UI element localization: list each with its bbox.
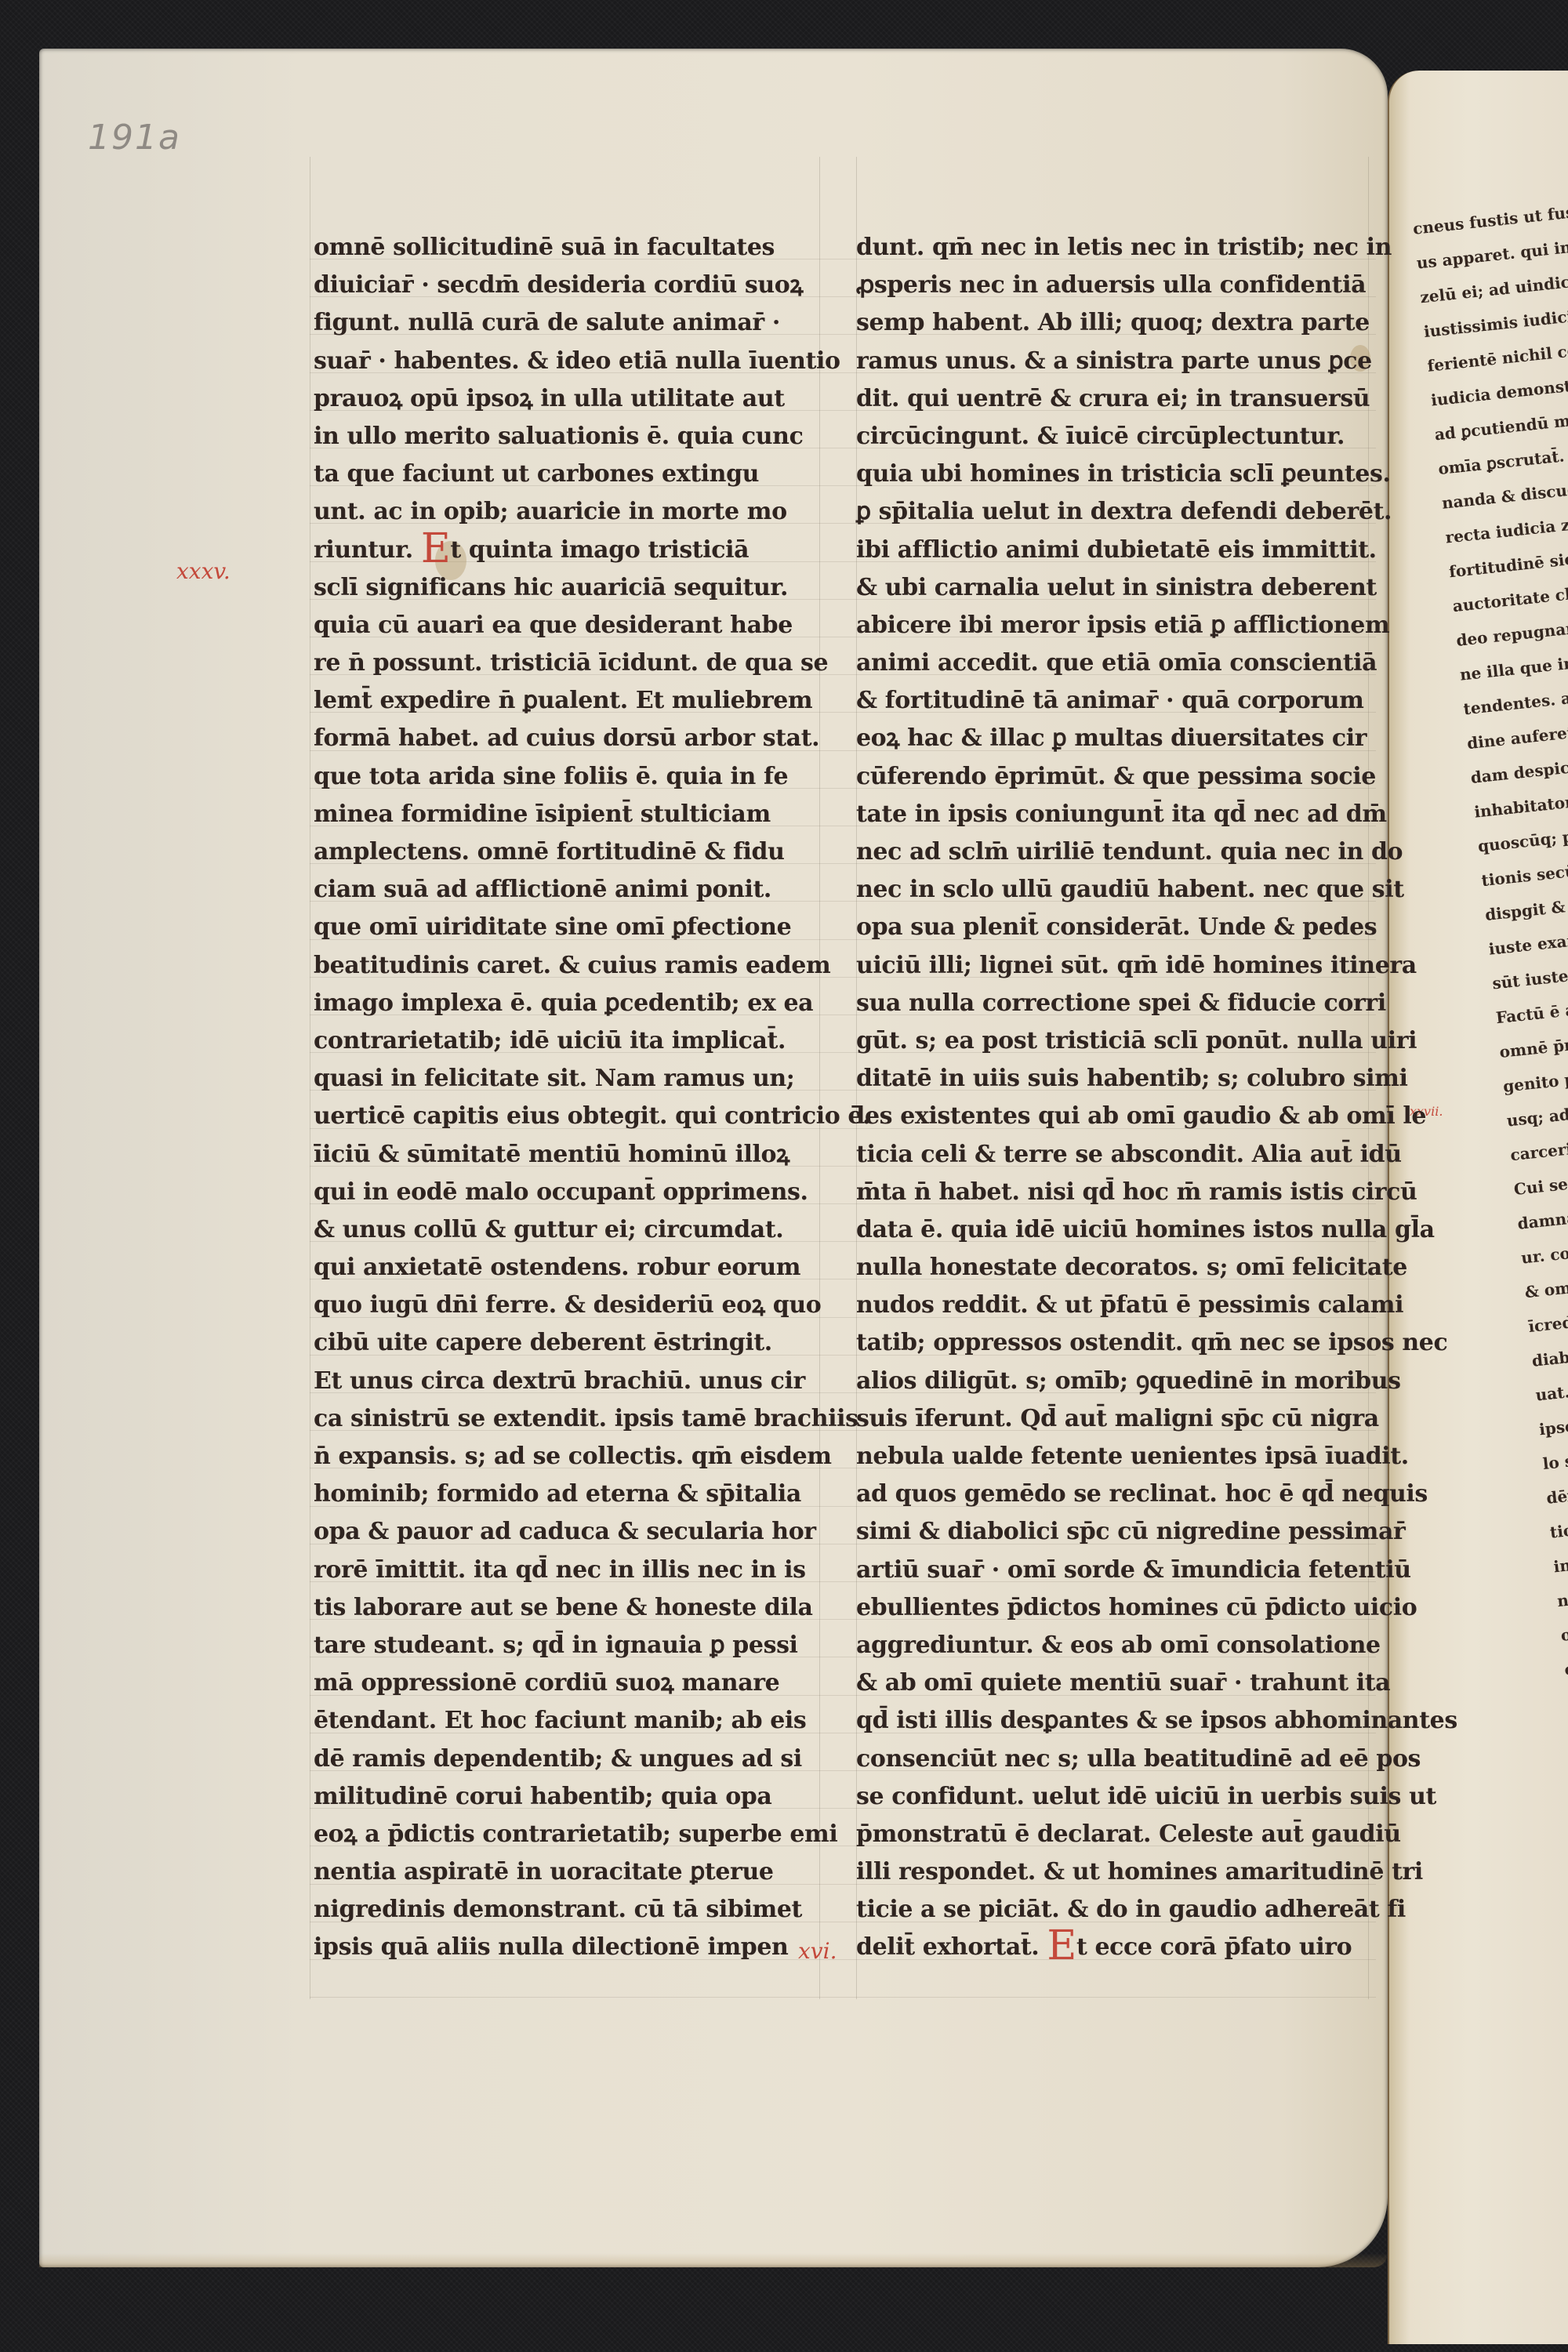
text-column-a: omnē sollicitudinē suā in facultatesdiui… — [314, 229, 815, 1967]
text-line: dē ramis dependentib; & ungues ad si — [314, 1740, 815, 1778]
text-line: quasi in felicitate sit. Nam ramus un; — [314, 1060, 815, 1098]
chapter-rubric-xxxv: xxxv. — [176, 558, 230, 584]
text-line: aggrediuntur. & eos ab omī consolatione — [856, 1627, 1358, 1664]
text-line: ebullientes p̄dictos homines cū p̄dicto … — [856, 1589, 1358, 1627]
text-line: que omī uiriditate sine omī ꝑfectione — [314, 909, 815, 946]
text-line: abicere ibi meror ipsis etiā ꝑ afflictio… — [856, 607, 1358, 644]
text-line: ta que faciunt ut carbones extingu — [314, 456, 815, 493]
text-line: formā habet. ad cuius dorsū arbor stat. — [314, 720, 815, 757]
text-line: illi respondet. & ut homines amaritudinē… — [856, 1853, 1358, 1891]
text-line: data ē. quia idē uiciū homines istos nul… — [856, 1211, 1358, 1249]
text-line: delit̄ exhortat̄. Et ecce corā p̄fato ui… — [856, 1929, 1358, 1966]
text-line: ramus unus. & a sinistra parte unus ꝑce — [856, 343, 1358, 380]
ruling-line — [310, 1997, 1376, 1998]
text-line: militudinē corui habentib; quia opa — [314, 1778, 815, 1816]
text-line: prauoꝝ opū ipsoꝝ in ulla utilitate aut — [314, 380, 815, 418]
text-line: animi accedit. que etiā omīa conscientiā — [856, 644, 1358, 682]
text-line: simi & diabolici sp̄c cū nigredine pessi… — [856, 1513, 1358, 1551]
text-line: qui anxietatē ostendens. robur eorum — [314, 1249, 815, 1287]
text-line: riuntur. Et quinta imago tristiciā — [314, 532, 815, 569]
text-line: ꝓsperis nec in aduersis ulla confidentiā — [856, 267, 1358, 304]
text-line: opa sua plenit̄ considerāt. Unde & pedes — [856, 909, 1358, 946]
text-line: uerticē capitis eius obtegit. qui contri… — [314, 1098, 815, 1135]
text-line: mā oppressionē cordiū suoꝝ manare — [314, 1664, 815, 1702]
text-line: beatitudinis caret. & cuius ramis eadem — [314, 947, 815, 985]
text-line: hominib; formido ad eterna & sp̄italia — [314, 1475, 815, 1513]
text-line: eoꝝ a p̄dictis contrarietatib; superbe e… — [314, 1816, 815, 1853]
text-line: qui in eodē malo occupant̄ opprimens. — [314, 1174, 815, 1211]
text-line: artiū suar̄ · omī sorde & īmundicia fete… — [856, 1552, 1358, 1589]
text-line: tare studeant. s; qd̄ in ignauia ꝑ pessi — [314, 1627, 815, 1664]
text-line: & ab omī quiete mentiū suar̄ · trahunt i… — [856, 1664, 1358, 1702]
text-line: ētendant. Et hoc faciunt manib; ab eis — [314, 1702, 815, 1740]
text-line: suar̄ · habentes. & ideo etiā nulla īuen… — [314, 343, 815, 380]
text-line: unt. ac in opib; auaricie in morte mo — [314, 493, 815, 531]
text-line: nec ad sclm̄ uiriliē tendunt. quia nec i… — [856, 833, 1358, 871]
ruling-line — [310, 157, 310, 1999]
red-initial-letter: E — [421, 525, 451, 572]
red-initial-letter: E — [1047, 1922, 1076, 1969]
text-line: se confidunt. uelut idē uiciū in uerbis … — [856, 1778, 1358, 1816]
text-line: rorē īmittit. ita qd̄ nec in illis nec i… — [314, 1552, 815, 1589]
text-line: m̄ta n̄ habet. nisi qd̄ hoc m̄ ramis ist… — [856, 1174, 1358, 1211]
text-column-b: dunt. qm̄ nec in letis nec in tristib; n… — [856, 229, 1358, 1967]
text-line: nulla honestate decoratos. s; omī felici… — [856, 1249, 1358, 1287]
ruling-line — [819, 157, 820, 1999]
text-line: nigredinis demonstrant. cū tā sibimet — [314, 1891, 815, 1929]
text-line: tate in ipsis coniungunt̄ ita qd̄ nec ad… — [856, 796, 1358, 833]
text-line: tis laborare aut se bene & honeste dila — [314, 1589, 815, 1627]
text-line: ciam suā ad afflictionē animi ponit. — [314, 871, 815, 909]
text-line: & ubi carnalia uelut in sinistra deberen… — [856, 569, 1358, 607]
text-line: opa & pauor ad caduca & secularia hor — [314, 1513, 815, 1551]
text-line: tatib; oppressos ostendit. qm̄ nec se ip… — [856, 1324, 1358, 1362]
text-line: p̄monstratū ē declarat. Celeste aut̄ gau… — [856, 1816, 1358, 1853]
text-line: que tota arida sine foliis ē. quia in fe — [314, 758, 815, 796]
text-line: in ullo merito saluationis ē. quia cunc — [314, 418, 815, 456]
text-line: & unus collū & guttur ei; circumdat. — [314, 1211, 815, 1249]
text-line: Et unus circa dextrū brachiū. unus cir — [314, 1363, 815, 1400]
text-line: ꝑ sp̄italia uelut in dextra defendi debe… — [856, 493, 1358, 531]
text-line: quo iugū dn̄i ferre. & desideriū eoꝝ quo — [314, 1287, 815, 1324]
text-line: suis īferunt. Qd̄ aut̄ maligni sp̄c cū n… — [856, 1400, 1358, 1438]
text-line: quia cū auari ea que desiderant habe — [314, 607, 815, 644]
text-line: nec in sclo ullū gaudiū habent. nec que … — [856, 871, 1358, 909]
text-line: īiciū & sūmitatē mentiū hominū illoꝝ — [314, 1136, 815, 1174]
text-line: amplectens. omnē fortitudinē & fidu — [314, 833, 815, 871]
text-line: diuiciar̄ · secdm̄ desideria cordiū suoꝝ — [314, 267, 815, 304]
text-line: les existentes qui ab omī gaudio & ab om… — [856, 1098, 1358, 1135]
text-line: sclī significans hic auariciā sequitur. — [314, 569, 815, 607]
text-line: ca sinistrū se extendit. ipsis tamē brac… — [314, 1400, 815, 1438]
text-line: cūferendo ēprimūt. & que pessima socie — [856, 758, 1358, 796]
text-line: ticia celi & terre se abscondit. Alia au… — [856, 1136, 1358, 1174]
text-line: nudos reddit. & ut p̄fatū ē pessimis cal… — [856, 1287, 1358, 1324]
text-line: alios diligūt. s; omīb; ꝯquedinē in mori… — [856, 1363, 1358, 1400]
text-line: nebula ualde fetente uenientes ipsā īuad… — [856, 1438, 1358, 1475]
text-line: ad quos gemēdo se reclinat. hoc ē qd̄ ne… — [856, 1475, 1358, 1513]
text-line: semp habent. Ab illi; quoq; dextra parte — [856, 304, 1358, 342]
text-line: cibū uite capere deberent ēstringit. — [314, 1324, 815, 1362]
text-line: & fortitudinē tā animar̄ · quā corporum — [856, 682, 1358, 720]
text-line: eoꝝ hac & illac ꝑ multas diuersitates ci… — [856, 720, 1358, 757]
text-line: gūt. s; ea post tristiciā sclī ponūt. nu… — [856, 1022, 1358, 1060]
text-line: ticie a se piciāt. & do in gaudio adhere… — [856, 1891, 1358, 1929]
text-line: imago implexa ē. quia ꝑcedentib; ex ea — [314, 985, 815, 1022]
text-line: omnē sollicitudinē suā in facultates — [314, 229, 815, 267]
foliation-number: 191a — [88, 118, 181, 158]
text-line: consenciūt nec s; ulla beatitudinē ad eē… — [856, 1740, 1358, 1778]
text-line: re n̄ possunt. tristiciā īcidunt. de qua… — [314, 644, 815, 682]
text-line: figunt. nullā curā de salute animar̄ · — [314, 304, 815, 342]
text-line: qd̄ isti illis desꝑantes & se ipsos abho… — [856, 1702, 1358, 1740]
text-line: ditatē in uiis suis habentib; s; colubro… — [856, 1060, 1358, 1098]
text-line: quia ubi homines in tristicia sclī ꝑeunt… — [856, 456, 1358, 493]
text-line: ibi afflictio animi dubietatē eis immitt… — [856, 532, 1358, 569]
text-line: sua nulla correctione spei & fiducie cor… — [856, 985, 1358, 1022]
text-line: nentia aspiratē in uoracitate ꝑterue — [314, 1853, 815, 1891]
text-line: lemt̄ expedire n̄ ꝑualent. Et muliebrem — [314, 682, 815, 720]
text-line: uiciū illi; lignei sūt. qm̄ idē homines … — [856, 947, 1358, 985]
text-line: dunt. qm̄ nec in letis nec in tristib; n… — [856, 229, 1358, 267]
text-line: circūcingunt. & īuicē circūplectuntur. — [856, 418, 1358, 456]
text-line: ipsis quā aliis nulla dilectionē impen — [314, 1929, 815, 1966]
text-line: contrarietatib; idē uiciū ita implicat̄. — [314, 1022, 815, 1060]
text-line: dit. qui uentrē & crura ei; in transuers… — [856, 380, 1358, 418]
text-line: n̄ expansis. s; ad se collectis. qm̄ eis… — [314, 1438, 815, 1475]
text-line: minea formidine īsipient̄ stulticiam — [314, 796, 815, 833]
